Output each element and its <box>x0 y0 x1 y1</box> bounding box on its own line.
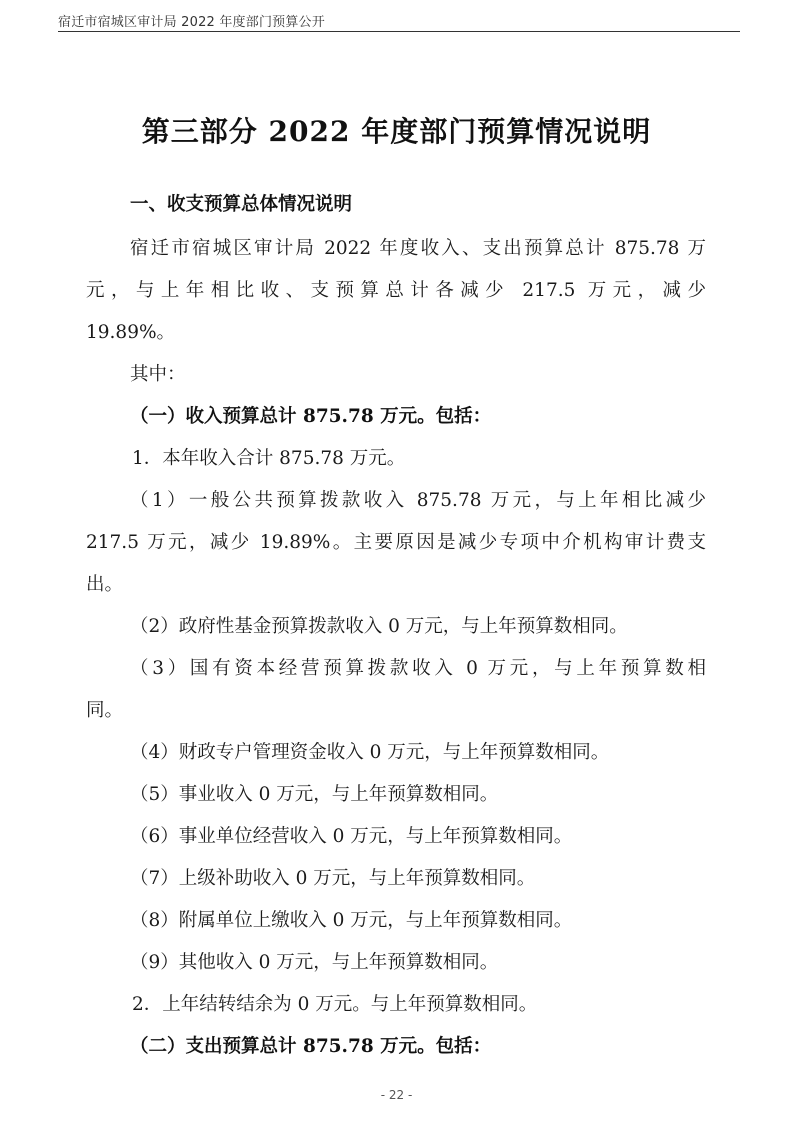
income-sub-1-line-2: 217.5 万元，减少 19.89%。主要原因是减少专项中介机构审计费支 <box>86 528 706 554</box>
among-label: 其中： <box>130 360 186 386</box>
income-sub-3-line-1: （3）国有资本经营预算拨款收入 0 万元，与上年预算数相 <box>130 654 706 680</box>
income-sub-7: （7）上级补助收入 0 万元，与上年预算数相同。 <box>130 864 535 890</box>
income-sub-6: （6）事业单位经营收入 0 万元，与上年预算数相同。 <box>130 822 572 848</box>
running-header: 宿迁市宿城区审计局 2022 年度部门预算公开 <box>58 8 740 32</box>
income-sub-1-line-3: 出。 <box>86 570 123 596</box>
income-sub-1-line-1: （1）一般公共预算拨款收入 875.78 万元，与上年相比减少 <box>130 486 706 512</box>
expense-subheading: （二）支出预算总计 875.78 万元。包括： <box>130 1032 491 1058</box>
income-subheading: （一）收入预算总计 875.78 万元。包括： <box>130 402 491 428</box>
running-header-title: 宿迁市宿城区审计局 2022 年度部门预算公开 <box>58 11 325 30</box>
income-sub-5: （5）事业收入 0 万元，与上年预算数相同。 <box>130 780 498 806</box>
section-heading: 一、收支预算总体情况说明 <box>130 190 352 216</box>
summary-paragraph-line-3: 19.89%。 <box>86 318 175 344</box>
income-item-2: 2．上年结转结余为 0 万元。与上年预算数相同。 <box>132 990 537 1016</box>
income-sub-4: （4）财政专户管理资金收入 0 万元，与上年预算数相同。 <box>130 738 609 764</box>
income-sub-2: （2）政府性基金预算拨款收入 0 万元，与上年预算数相同。 <box>130 612 628 638</box>
income-item-1: 1．本年收入合计 875.78 万元。 <box>132 444 405 470</box>
summary-paragraph-line-2: 元，与上年相比收、支预算总计各减少 217.5 万元，减少 <box>86 276 706 302</box>
income-sub-8: （8）附属单位上缴收入 0 万元，与上年预算数相同。 <box>130 906 572 932</box>
income-sub-9: （9）其他收入 0 万元，与上年预算数相同。 <box>130 948 498 974</box>
page-number: - 22 - <box>0 1088 793 1102</box>
income-sub-3-line-2: 同。 <box>86 696 123 722</box>
summary-paragraph-line-1: 宿迁市宿城区审计局 2022 年度收入、支出预算总计 875.78 万 <box>130 234 706 260</box>
page-title: 第三部分 2022 年度部门预算情况说明 <box>0 110 793 150</box>
